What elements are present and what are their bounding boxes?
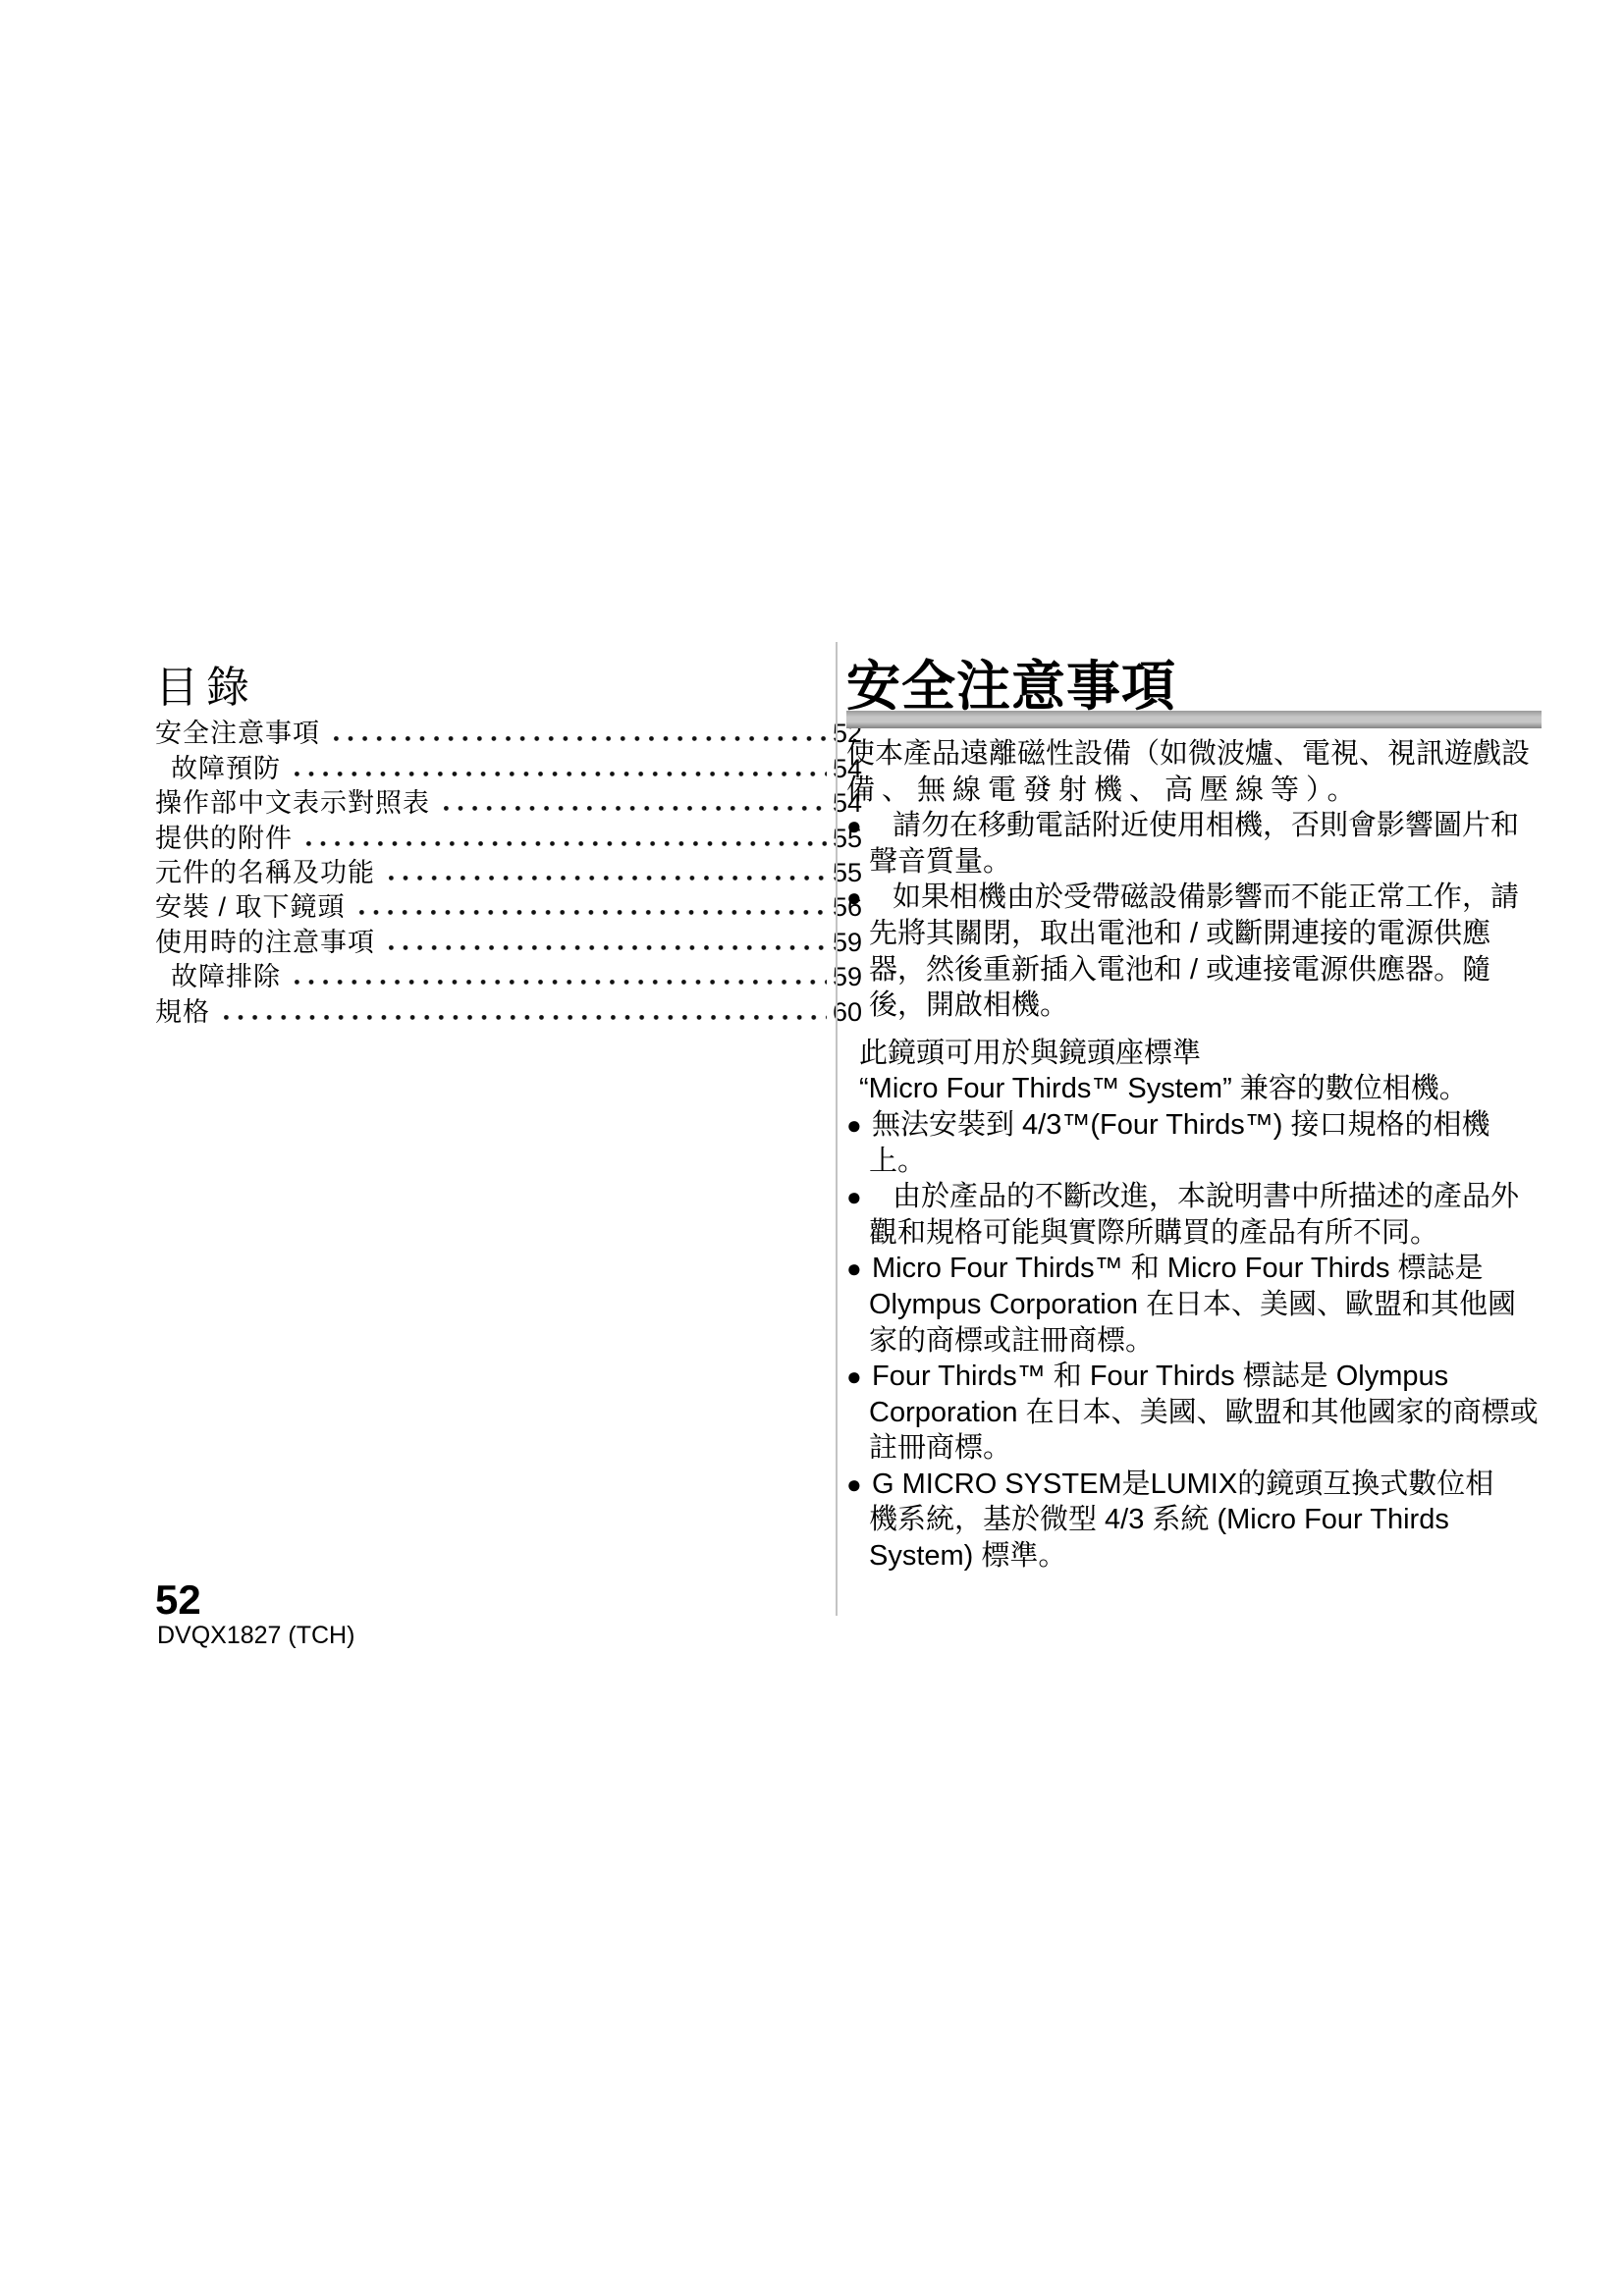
body-line: Corporation 在日本、美國、歐盟和其他國家的商標或 bbox=[846, 1395, 1545, 1431]
toc-entry-label: 規格 bbox=[155, 995, 210, 1029]
body-line: 先將其關閉，取出電池和 / 或斷開連接的電源供應 bbox=[846, 916, 1545, 952]
toc-entry-label: 提供的附件 bbox=[155, 822, 293, 855]
body-line: ●無法安裝到 4/3™(Four Thirds™) 接口規格的相機 bbox=[846, 1107, 1545, 1144]
body-line: 觀和規格可能與實際所購買的產品有所不同。 bbox=[846, 1215, 1545, 1252]
toc-entry-label: 使用時的注意事項 bbox=[155, 926, 375, 959]
toc-entry-label: 故障預防 bbox=[155, 752, 281, 785]
body-line: System) 標準。 bbox=[846, 1538, 1545, 1575]
body-line: ●由於產品的不斷改進，本說明書中所描述的產品外 bbox=[846, 1179, 1545, 1215]
toc-leader-dots bbox=[359, 910, 827, 915]
body-line: 器，然後重新插入電池和 / 或連接電源供應器。隨 bbox=[846, 952, 1545, 988]
bullet-icon: ● bbox=[846, 1107, 872, 1144]
body-line: ●G MICRO SYSTEM是LUMIX的鏡頭互換式數位相 bbox=[846, 1467, 1545, 1503]
toc-row: 安裝 / 取下鏡頭 56 bbox=[155, 889, 876, 924]
toc-row: 操作部中文表示對照表 54 bbox=[155, 785, 876, 820]
bullet-icon: ● bbox=[846, 1359, 872, 1395]
body-line: 家的商標或註冊商標。 bbox=[846, 1323, 1545, 1360]
body-line: Olympus Corporation 在日本、美國、歐盟和其他國 bbox=[846, 1287, 1545, 1323]
document-code: DVQX1827 (TCH) bbox=[157, 1622, 354, 1649]
body-line: “Micro Four Thirds™ System” 兼容的數位相機。 bbox=[846, 1071, 1545, 1107]
toc-leader-dots bbox=[306, 841, 827, 846]
toc-row: 提供的附件 55 bbox=[155, 820, 876, 854]
body-line: 註冊商標。 bbox=[846, 1430, 1545, 1467]
body-line: 聲音質量。 bbox=[846, 844, 1545, 881]
bullet-icon: ● bbox=[846, 808, 893, 844]
toc-leader-dots bbox=[334, 736, 827, 741]
toc-entry-label: 安全注意事項 bbox=[155, 717, 320, 750]
body-line: ●Micro Four Thirds™ 和 Micro Four Thirds … bbox=[846, 1251, 1545, 1287]
toc-entry-label: 故障排除 bbox=[155, 960, 281, 993]
toc-row: 故障預防 54 bbox=[155, 750, 876, 784]
bullet-icon: ● bbox=[846, 1467, 872, 1503]
body-line: ●如果相機由於受帶磁設備影響而不能正常工作，請 bbox=[846, 880, 1545, 916]
body-line: ●請勿在移動電話附近使用相機，否則會影響圖片和 bbox=[846, 808, 1545, 844]
toc-row: 故障排除 59 bbox=[155, 959, 876, 993]
toc-row: 元件的名稱及功能 55 bbox=[155, 855, 876, 889]
toc-leader-dots bbox=[295, 772, 827, 776]
body-line: 機系統，基於微型 4/3 系統 (Micro Four Thirds bbox=[846, 1502, 1545, 1538]
body-line-text: 如果相機由於受帶磁設備影響而不能正常工作，請 bbox=[893, 881, 1519, 913]
column-divider bbox=[836, 642, 838, 1616]
toc-title: 目錄 bbox=[155, 652, 257, 715]
toc-leader-dots bbox=[444, 806, 827, 811]
toc-leader-dots bbox=[224, 1015, 827, 1020]
body-line: 後，開啟相機。 bbox=[846, 988, 1545, 1024]
safety-body: 使本產品遠離磁性設備（如微波爐、電視、視訊遊戲設 備、無線電發射機、高壓線等）。… bbox=[846, 736, 1545, 1575]
body-line-text: 請勿在移動電話附近使用相機，否則會影響圖片和 bbox=[893, 810, 1519, 841]
body-line-text: 無法安裝到 4/3™(Four Thirds™) 接口規格的相機 bbox=[872, 1109, 1489, 1141]
bullet-icon: ● bbox=[846, 1179, 893, 1215]
body-line-text: G MICRO SYSTEM是LUMIX的鏡頭互換式數位相 bbox=[872, 1468, 1493, 1500]
toc-leader-dots bbox=[389, 945, 827, 950]
body-line: 此鏡頭可用於與鏡頭座標準 bbox=[846, 1036, 1545, 1072]
toc-entry-label: 元件的名稱及功能 bbox=[155, 856, 375, 889]
body-line: 上。 bbox=[846, 1144, 1545, 1180]
bullet-icon: ● bbox=[846, 880, 893, 916]
section-title: 安全注意事項 bbox=[846, 643, 1176, 721]
body-line-text: 由於產品的不斷改進，本說明書中所描述的產品外 bbox=[893, 1181, 1519, 1212]
section-title-underline-bar bbox=[846, 711, 1542, 728]
manual-page: 目錄 安全注意事項 52 故障預防 54 操作部中文表示對照表 54 提供的附件… bbox=[0, 0, 1624, 2296]
body-line-text: Micro Four Thirds™ 和 Micro Four Thirds 標… bbox=[872, 1253, 1484, 1284]
bullet-icon: ● bbox=[846, 1251, 872, 1287]
toc-leader-dots bbox=[389, 876, 827, 881]
body-line: 備、無線電發射機、高壓線等）。 bbox=[846, 773, 1545, 809]
toc-row: 安全注意事項 52 bbox=[155, 716, 876, 750]
page-number-footer: 52 bbox=[155, 1578, 201, 1622]
toc-list: 安全注意事項 52 故障預防 54 操作部中文表示對照表 54 提供的附件 55… bbox=[155, 716, 876, 1029]
body-line: ●Four Thirds™ 和 Four Thirds 標誌是 Olympus bbox=[846, 1359, 1545, 1395]
toc-entry-label: 操作部中文表示對照表 bbox=[155, 786, 430, 820]
toc-leader-dots bbox=[295, 980, 827, 985]
toc-row: 使用時的注意事項 59 bbox=[155, 924, 876, 958]
body-line-text: Four Thirds™ 和 Four Thirds 標誌是 Olympus bbox=[872, 1361, 1448, 1392]
body-line: 使本產品遠離磁性設備（如微波爐、電視、視訊遊戲設 bbox=[846, 736, 1545, 773]
toc-entry-label: 安裝 / 取下鏡頭 bbox=[155, 890, 346, 924]
toc-row: 規格 60 bbox=[155, 993, 876, 1028]
